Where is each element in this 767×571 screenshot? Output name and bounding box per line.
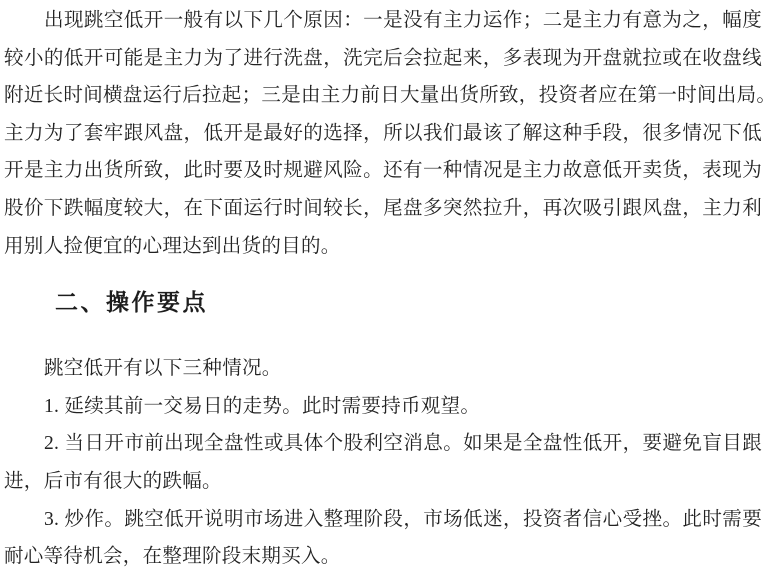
document-page: 出现跳空低开一般有以下几个原因：一是没有主力运作；二是主力有意为之，幅度 较小的… [0,0,767,571]
list-item-line: 耐心等待机会，在整理阶段末期买入。 [4,538,762,571]
intro-sentence: 跳空低开有以下三种情况。 [4,350,762,388]
list-item: 1. 延续其前一交易日的走势。此时需要持币观望。 [4,388,762,426]
list-item: 3. 炒作。跳空低开说明市场进入整理阶段，市场低迷，投资者信心受挫。此时需要 耐… [4,501,762,571]
paragraph-line: 股价下跌幅度较大，在下面运行时间较长，尾盘多突然拉升，再次吸引跟风盘，主力利 [4,190,762,228]
list-item-line: 1. 延续其前一交易日的走势。此时需要持币观望。 [4,388,762,426]
paragraph-line: 出现跳空低开一般有以下几个原因：一是没有主力运作；二是主力有意为之，幅度 [4,2,762,40]
main-paragraph: 出现跳空低开一般有以下几个原因：一是没有主力运作；二是主力有意为之，幅度 较小的… [4,2,762,265]
paragraph-line: 附近长时间横盘运行后拉起；三是由主力前日大量出货所致，投资者应在第一时间出局。 [4,77,762,115]
operation-points-section: 跳空低开有以下三种情况。 1. 延续其前一交易日的走势。此时需要持币观望。 2.… [4,350,762,571]
paragraph-line: 较小的低开可能是主力为了进行洗盘，洗完后会拉起来，多表现为开盘就拉或在收盘线 [4,40,762,78]
list-item-line: 进，后市有很大的跌幅。 [4,463,762,501]
paragraph-line: 主力为了套牢跟风盘，低开是最好的选择，所以我们最该了解这种手段，很多情况下低 [4,115,762,153]
list-item-line: 3. 炒作。跳空低开说明市场进入整理阶段，市场低迷，投资者信心受挫。此时需要 [4,501,762,539]
list-item: 2. 当日开市前出现全盘性或具体个股利空消息。如果是全盘性低开，要避免盲目跟 进… [4,425,762,500]
paragraph-line: 开是主力出货所致，此时要及时规避风险。还有一种情况是主力故意低开卖货，表现为 [4,152,762,190]
section-heading: 二、操作要点 [55,287,762,317]
paragraph-line: 用别人捡便宜的心理达到出货的目的。 [4,228,762,266]
list-item-line: 2. 当日开市前出现全盘性或具体个股利空消息。如果是全盘性低开，要避免盲目跟 [4,425,762,463]
